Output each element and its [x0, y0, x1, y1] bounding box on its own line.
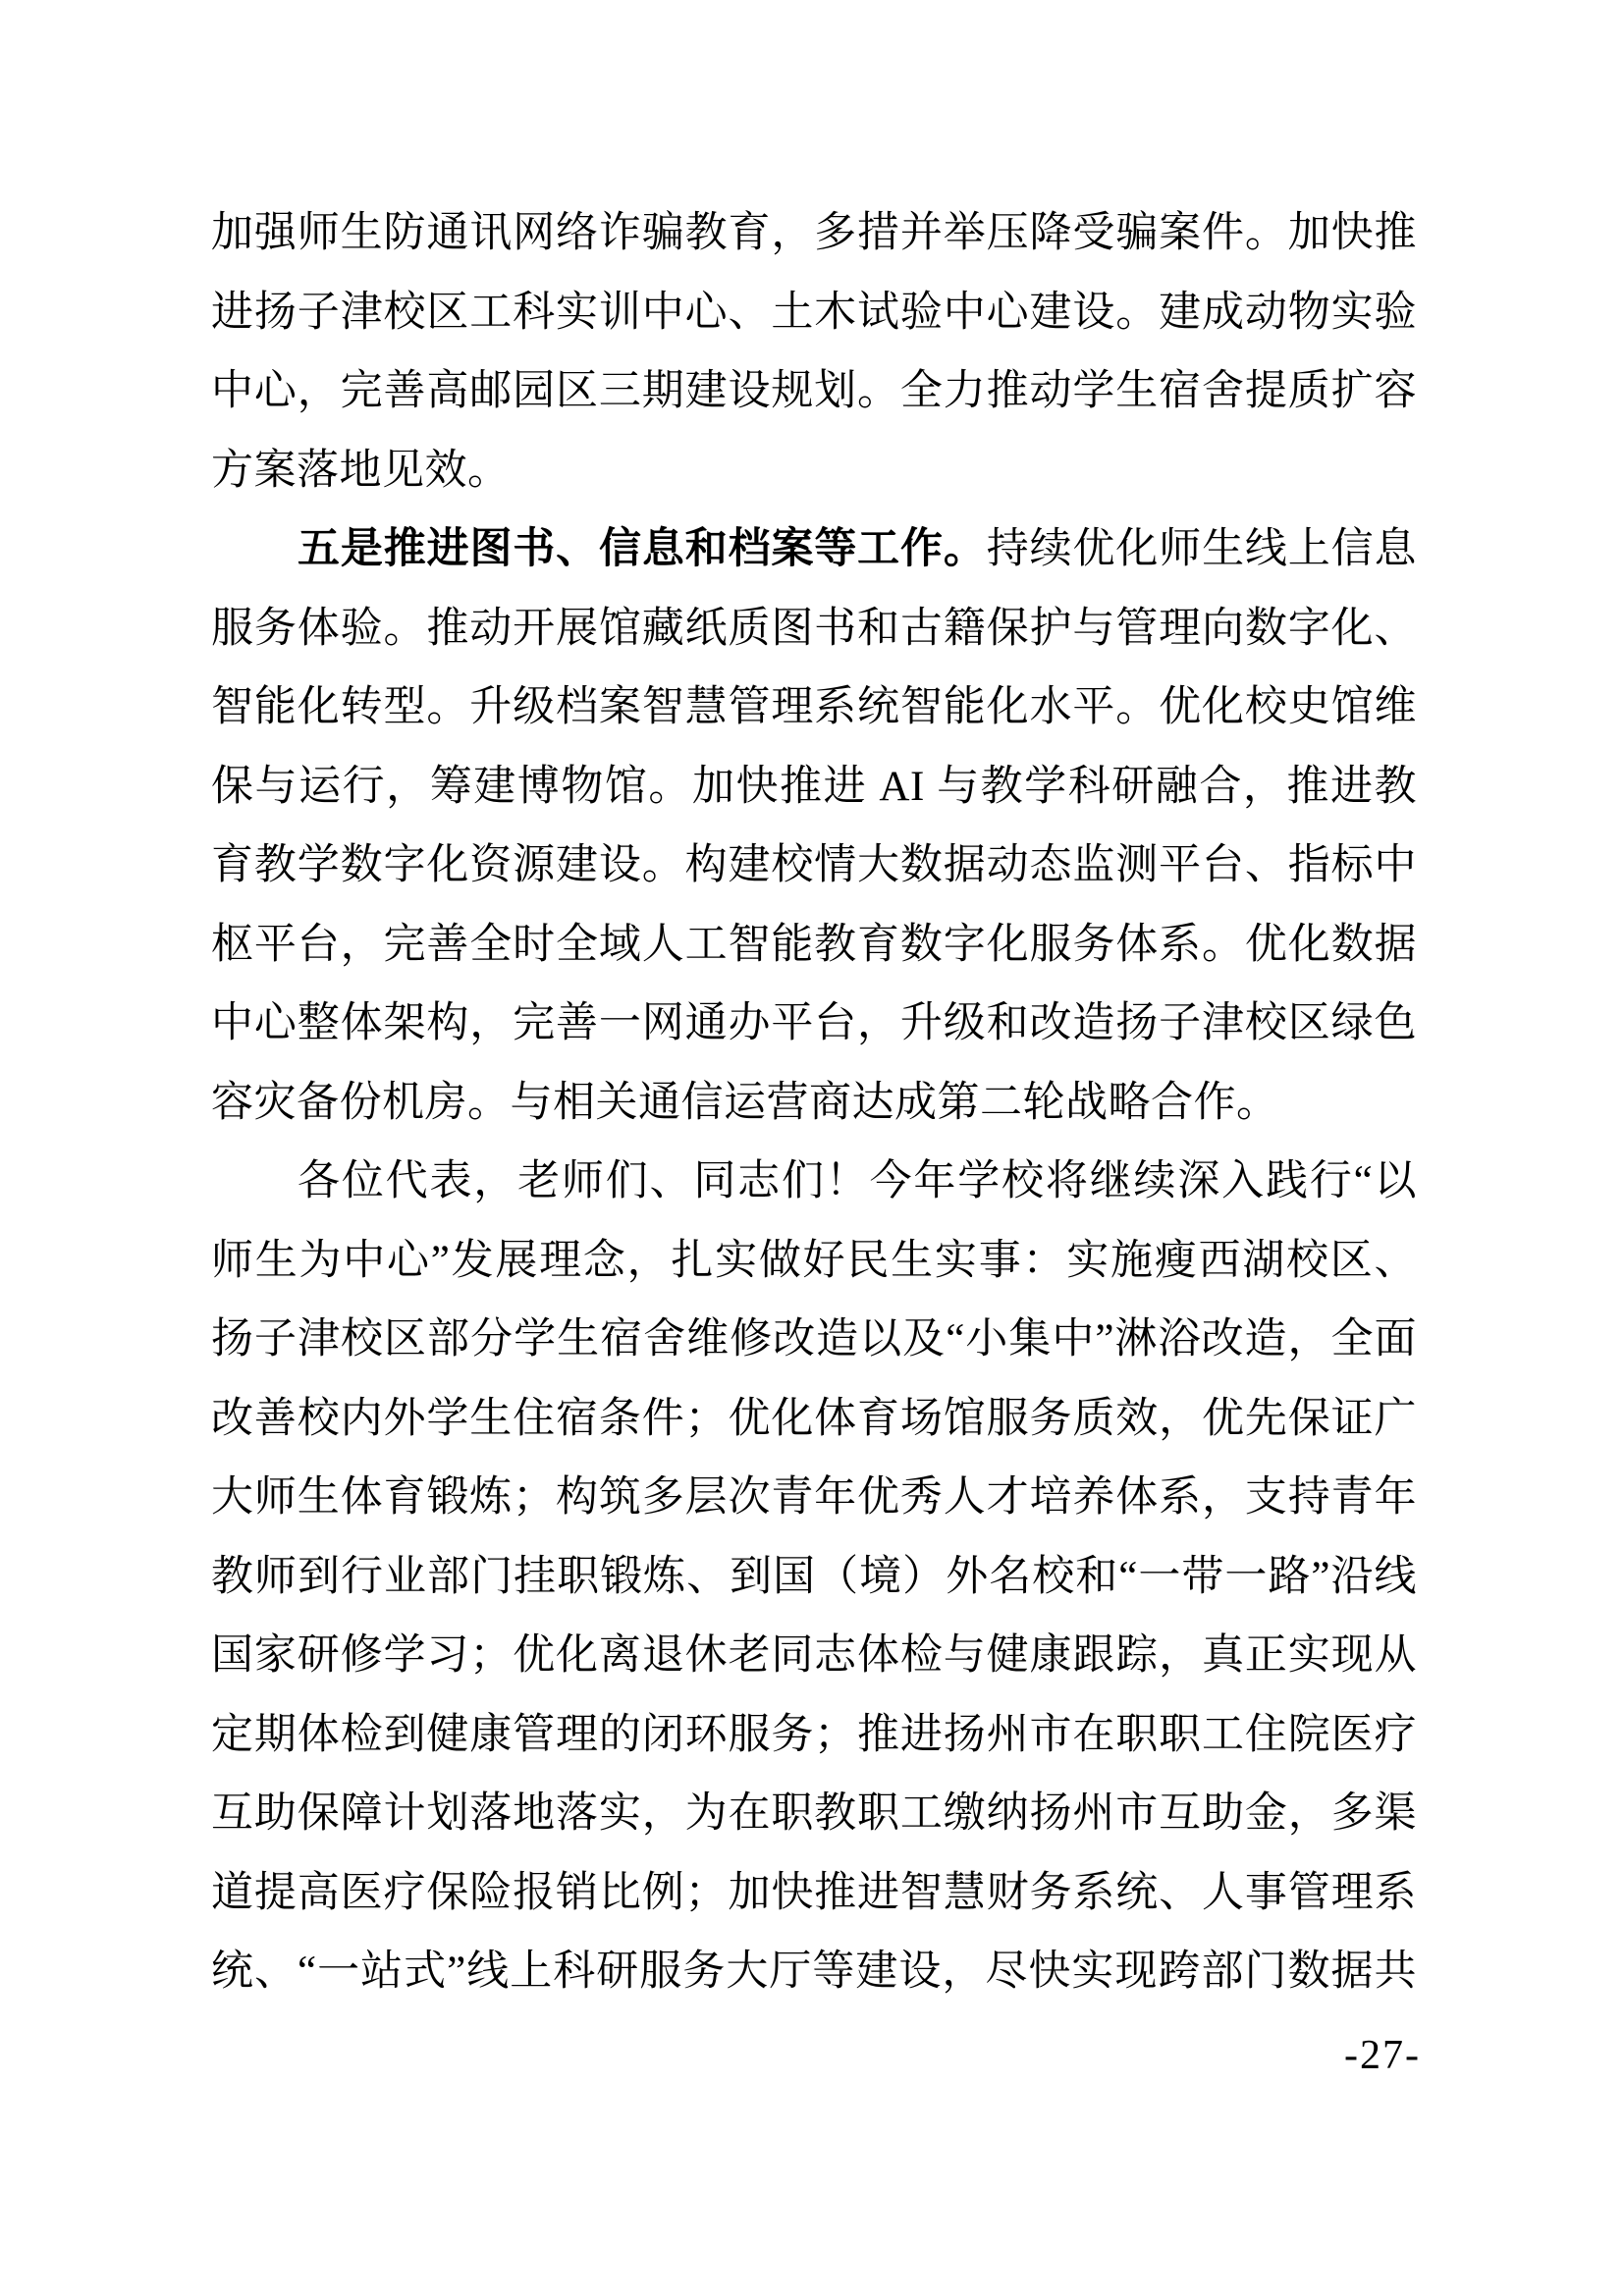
- text-line: 定期体检到健康管理的闭环服务；推进扬州市在职职工住院医疗: [211, 1696, 1417, 1776]
- text-run: 保与运行，筹建博物馆。加快推进 AI 与教学科研融合，推进教: [211, 764, 1417, 810]
- text-run: 扬子津校区部分学生宿舍维修改造以及“小集中”淋浴改造，全面: [211, 1316, 1417, 1362]
- page-number: -27-: [1344, 2030, 1421, 2081]
- text-line: 师生为中心”发展理念，扎实做好民生实事：实施瘦西湖校区、: [211, 1222, 1417, 1302]
- text-line: 中心整体架构，完善一网通办平台，升级和改造扬子津校区绿色: [211, 985, 1417, 1064]
- text-run: 各位代表，老师们、同志们！今年学校将继续深入践行“以: [298, 1158, 1417, 1204]
- section-heading-run: 五是推进图书、信息和档案等工作。: [298, 526, 987, 572]
- text-line: 保与运行，筹建博物馆。加快推进 AI 与教学科研融合，推进教: [211, 748, 1417, 828]
- text-line: 服务体验。推动开展馆藏纸质图书和古籍保护与管理向数字化、: [211, 590, 1417, 669]
- text-line: 枢平台，完善全时全域人工智能教育数字化服务体系。优化数据: [211, 906, 1417, 986]
- text-line: 互助保障计划落地落实，为在职教职工缴纳扬州市互助金，多渠: [211, 1775, 1417, 1854]
- text-line: 加强师生防通讯网络诈骗教育，多措并举压降受骗案件。加快推: [211, 194, 1417, 274]
- text-line: 扬子津校区部分学生宿舍维修改造以及“小集中”淋浴改造，全面: [211, 1301, 1417, 1380]
- text-line: 容灾备份机房。与相关通信运营商达成第二轮战略合作。: [211, 1064, 1417, 1144]
- text-line: 中心，完善高邮园区三期建设规划。全力推动学生宿舍提质扩容: [211, 352, 1417, 432]
- text-line: 进扬子津校区工科实训中心、土木试验中心建设。建成动物实验: [211, 274, 1417, 353]
- text-line: 大师生体育锻炼；构筑多层次青年优秀人才培养体系，支持青年: [211, 1459, 1417, 1538]
- text-line: 方案落地见效。: [211, 432, 1417, 511]
- text-line: 道提高医疗保险报销比例；加快推进智慧财务系统、人事管理系: [211, 1854, 1417, 1934]
- text-run: 智能化转型。升级档案智慧管理系统智能化水平。优化校史馆维: [211, 684, 1417, 730]
- text-line: 智能化转型。升级档案智慧管理系统智能化水平。优化校史馆维: [211, 668, 1417, 748]
- text-line: 各位代表，老师们、同志们！今年学校将继续深入践行“以: [211, 1143, 1417, 1222]
- text-run: 改善校内外学生住宿条件；优化体育场馆服务质效，优先保证广: [211, 1396, 1417, 1442]
- text-line: 教师到行业部门挂职锻炼、到国（境）外名校和“一带一路”沿线: [211, 1538, 1417, 1618]
- text-line: 国家研修学习；优化离退休老同志体检与健康跟踪，真正实现从: [211, 1617, 1417, 1696]
- text-run: 中心，完善高邮园区三期建设规划。全力推动学生宿舍提质扩容: [211, 368, 1417, 414]
- text-line: 五是推进图书、信息和档案等工作。持续优化师生线上信息: [211, 510, 1417, 590]
- text-run: 统、“一站式”线上科研服务大厅等建设，尽快实现跨部门数据共: [211, 1949, 1417, 1995]
- text-run: 道提高医疗保险报销比例；加快推进智慧财务系统、人事管理系: [211, 1870, 1417, 1916]
- text-run: 师生为中心”发展理念，扎实做好民生实事：实施瘦西湖校区、: [211, 1238, 1417, 1284]
- text-run: 枢平台，完善全时全域人工智能教育数字化服务体系。优化数据: [211, 922, 1417, 968]
- text-run: 国家研修学习；优化离退休老同志体检与健康跟踪，真正实现从: [211, 1632, 1417, 1679]
- text-run: 互助保障计划落地落实，为在职教职工缴纳扬州市互助金，多渠: [211, 1790, 1417, 1837]
- document-page: 加强师生防通讯网络诈骗教育，多措并举压降受骗案件。加快推进扬子津校区工科实训中心…: [0, 0, 1624, 2296]
- text-line: 改善校内外学生住宿条件；优化体育场馆服务质效，优先保证广: [211, 1380, 1417, 1460]
- body-text: 加强师生防通讯网络诈骗教育，多措并举压降受骗案件。加快推进扬子津校区工科实训中心…: [211, 194, 1417, 2012]
- text-run: 育教学数字化资源建设。构建校情大数据动态监测平台、指标中: [211, 842, 1417, 888]
- text-line: 统、“一站式”线上科研服务大厅等建设，尽快实现跨部门数据共: [211, 1933, 1417, 2012]
- text-run: 中心整体架构，完善一网通办平台，升级和改造扬子津校区绿色: [211, 1000, 1417, 1046]
- text-run: 加强师生防通讯网络诈骗教育，多措并举压降受骗案件。加快推: [211, 210, 1417, 256]
- text-run: 大师生体育锻炼；构筑多层次青年优秀人才培养体系，支持青年: [211, 1474, 1417, 1521]
- text-run: 定期体检到健康管理的闭环服务；推进扬州市在职职工住院医疗: [211, 1712, 1417, 1758]
- text-run: 持续优化师生线上信息: [987, 526, 1417, 572]
- text-run: 教师到行业部门挂职锻炼、到国（境）外名校和“一带一路”沿线: [211, 1554, 1417, 1600]
- text-line: 育教学数字化资源建设。构建校情大数据动态监测平台、指标中: [211, 827, 1417, 906]
- text-run: 服务体验。推动开展馆藏纸质图书和古籍保护与管理向数字化、: [211, 606, 1417, 652]
- text-run: 容灾备份机房。与相关通信运营商达成第二轮战略合作。: [211, 1080, 1279, 1126]
- text-run: 方案落地见效。: [211, 448, 511, 494]
- text-run: 进扬子津校区工科实训中心、土木试验中心建设。建成动物实验: [211, 290, 1417, 336]
